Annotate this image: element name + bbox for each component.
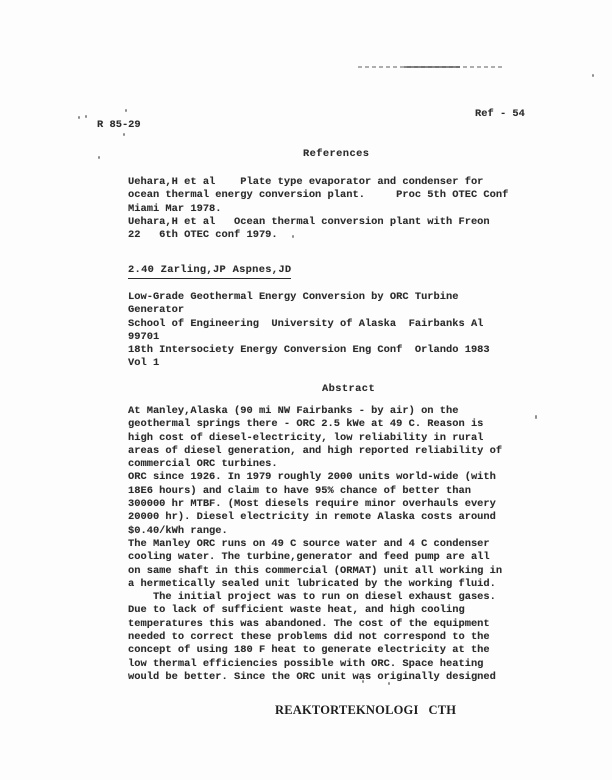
footer-imprint: REAKTORTEKNOLOGI CTH (275, 703, 456, 718)
scan-speck (592, 74, 594, 77)
document-page: R 85-29 Ref - 54 References Uehara,H et … (0, 0, 612, 780)
scan-speck (125, 109, 127, 112)
scan-speck (78, 116, 80, 119)
citation-block: Low-Grade Geothermal Energy Conversion b… (128, 291, 490, 371)
scan-speck (123, 133, 125, 136)
report-number: R 85-29 (97, 119, 141, 132)
scan-speck (85, 115, 87, 118)
abstract-text: At Manley,Alaska (90 mi NW Fairbanks - b… (128, 405, 502, 684)
references-entries: Uehara,H et al Plate type evaporator and… (128, 176, 508, 242)
page-ref-label: Ref - 54 (475, 108, 525, 121)
section-heading: 2.40 Zarling,JP Aspnes,JD (128, 264, 291, 279)
scan-speck (98, 156, 100, 159)
abstract-heading: Abstract (322, 383, 375, 396)
scan-artifact-dash (404, 66, 460, 68)
scan-speck (535, 415, 537, 419)
references-heading: References (303, 148, 369, 161)
